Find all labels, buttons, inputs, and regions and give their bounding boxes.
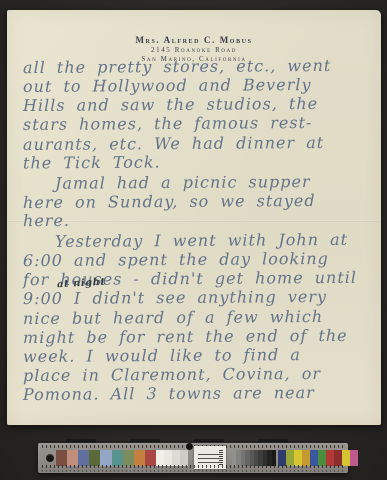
handwritten-line-6: the Tick Tock. xyxy=(23,153,161,173)
color-swatch xyxy=(145,450,156,466)
color-swatch xyxy=(326,450,334,466)
color-swatch xyxy=(172,450,180,466)
color-swatch xyxy=(156,450,164,466)
color-swatch xyxy=(318,450,326,466)
color-patches-right xyxy=(278,450,358,466)
white-step-patches xyxy=(156,450,188,466)
color-swatch xyxy=(334,450,342,466)
ruler-ticks-bottom-2 xyxy=(42,470,344,472)
grayscale-strip xyxy=(232,450,276,466)
handwritten-line-8: here on Sunday, so we stayed xyxy=(23,191,316,212)
color-swatch xyxy=(180,450,188,466)
color-patches-left xyxy=(56,450,156,466)
scanned-letter-page: Mrs. Alfred C. Mobus 2145 Roanoke Road S… xyxy=(0,0,387,480)
handwritten-line-15: might be for rent the end of the xyxy=(23,326,348,347)
handwritten-line-7: Jamal had a picnic supper xyxy=(23,172,311,193)
color-swatch xyxy=(100,450,111,466)
handwritten-line-13: 9:00 I didn't see anything very xyxy=(23,287,327,308)
handwritten-line-2: out to Hollywood and Beverly xyxy=(23,75,312,96)
handwritten-line-14: nice but heard of a few which xyxy=(23,307,323,328)
handwritten-body: all the pretty stores, etc., went out to… xyxy=(23,10,381,425)
color-swatch xyxy=(278,450,286,466)
color-swatch xyxy=(56,450,67,466)
calibration-bar xyxy=(38,443,348,473)
handwritten-line-11: 6:00 and spent the day looking xyxy=(23,249,329,270)
color-swatch xyxy=(310,450,318,466)
ruler-ticks-bottom-1 xyxy=(42,465,344,468)
handwritten-line-17: place in Claremont, Covina, or xyxy=(23,364,321,385)
color-swatch xyxy=(286,450,294,466)
ruler-top-dashes xyxy=(66,439,320,442)
handwritten-line-10: Yesterday I went with John at xyxy=(23,230,348,251)
punch-hole-left xyxy=(46,454,54,462)
color-swatch xyxy=(134,450,145,466)
handwritten-line-4: stars homes, the famous rest- xyxy=(23,113,313,134)
color-swatch xyxy=(350,450,358,466)
color-swatch xyxy=(294,450,302,466)
handwritten-line-5: aurants, etc. We had dinner at xyxy=(23,133,324,154)
color-swatch xyxy=(272,450,276,466)
color-swatch xyxy=(123,450,134,466)
letter-paper: Mrs. Alfred C. Mobus 2145 Roanoke Road S… xyxy=(7,10,381,425)
color-swatch xyxy=(78,450,89,466)
color-swatch xyxy=(89,450,100,466)
ruler-ticks-top xyxy=(42,445,344,448)
color-swatch xyxy=(112,450,123,466)
handwritten-line-1: all the pretty stores, etc., went xyxy=(23,56,331,77)
color-swatch xyxy=(164,450,172,466)
handwritten-line-16: week. I would like to find a xyxy=(23,345,301,366)
handwritten-line-3: Hills and saw the studios, the xyxy=(23,94,318,115)
handwritten-line-9: here. xyxy=(23,211,70,230)
registration-dot xyxy=(186,443,193,450)
color-swatch xyxy=(342,450,350,466)
color-swatch xyxy=(67,450,78,466)
handwritten-line-18: Pomona. All 3 towns are near xyxy=(23,383,315,404)
color-swatch xyxy=(302,450,310,466)
